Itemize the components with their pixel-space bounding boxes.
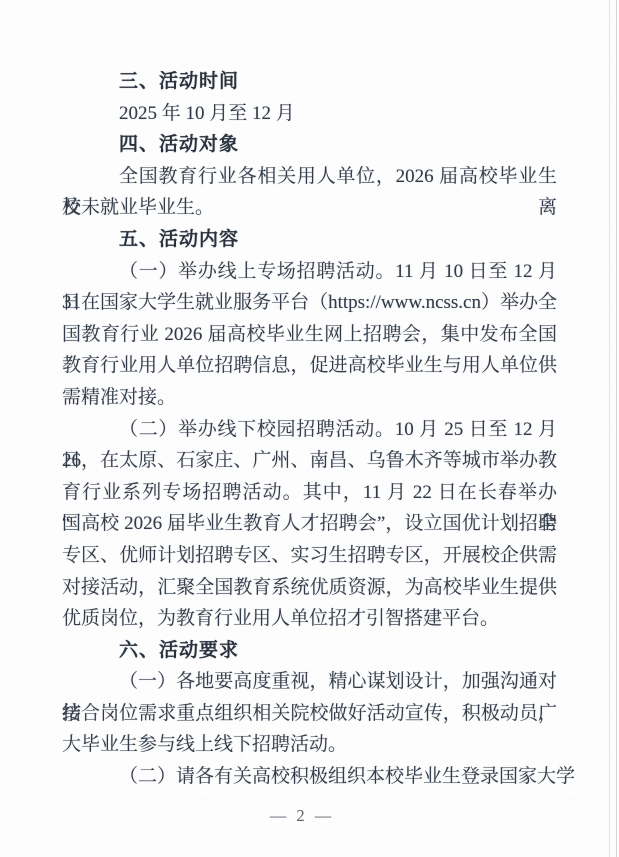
scan-artifact-line xyxy=(616,0,617,857)
document-line: 国高校 2026 届毕业生教育人才招聘会”，设立国优计划招聘 xyxy=(62,508,557,540)
document-line: 日，在太原、石家庄、广州、南昌、乌鲁木齐等城市举办教 xyxy=(62,445,557,477)
document-line: 2025 年 10 月至 12 月 xyxy=(62,98,557,130)
document-line: （一）各地要高度重视，精心谋划设计，加强沟通对接， xyxy=(62,666,557,698)
page-number: — 2 — xyxy=(0,806,604,826)
section-heading: 四、活动对象 xyxy=(62,129,557,161)
scan-artifact-line xyxy=(609,0,610,857)
document-line: （二）请各有关高校积极组织本校毕业生登录国家大学 xyxy=(62,761,557,793)
document-line: （一）举办线上专场招聘活动。11 月 10 日至 12 月 31 xyxy=(62,256,557,288)
document-line: 对接活动，汇聚全国教育系统优质资源，为高校毕业生提供 xyxy=(62,572,557,604)
document-page: 三、活动时间2025 年 10 月至 12 月四、活动对象全国教育行业各相关用人… xyxy=(0,0,619,857)
document-line: 需精准对接。 xyxy=(62,382,557,414)
document-line: （二）举办线下校园招聘活动。10 月 25 日至 12 月 26 xyxy=(62,414,557,446)
document-body: 三、活动时间2025 年 10 月至 12 月四、活动对象全国教育行业各相关用人… xyxy=(62,66,557,793)
document-line: 育行业系列专场招聘活动。其中，11 月 22 日在长春举办“全 xyxy=(62,477,557,509)
section-heading: 六、活动要求 xyxy=(62,635,557,667)
section-heading: 三、活动时间 xyxy=(62,66,557,98)
document-line: 优质岗位，为教育行业用人单位招才引智搭建平台。 xyxy=(62,603,557,635)
document-line: 全国教育行业各相关用人单位，2026 届高校毕业生及离 xyxy=(62,161,557,193)
document-line: 日在国家大学生就业服务平台（https://www.ncss.cn）举办全 xyxy=(62,287,557,319)
document-line: 国教育行业 2026 届高校毕业生网上招聘会，集中发布全国 xyxy=(62,319,557,351)
document-line: 大毕业生参与线上线下招聘活动。 xyxy=(62,729,557,761)
document-line: 专区、优师计划招聘专区、实习生招聘专区，开展校企供需 xyxy=(62,540,557,572)
section-heading: 五、活动内容 xyxy=(62,224,557,256)
document-line: 教育行业用人单位招聘信息，促进高校毕业生与用人单位供 xyxy=(62,350,557,382)
document-line: 结合岗位需求重点组织相关院校做好活动宣传，积极动员广 xyxy=(62,698,557,730)
